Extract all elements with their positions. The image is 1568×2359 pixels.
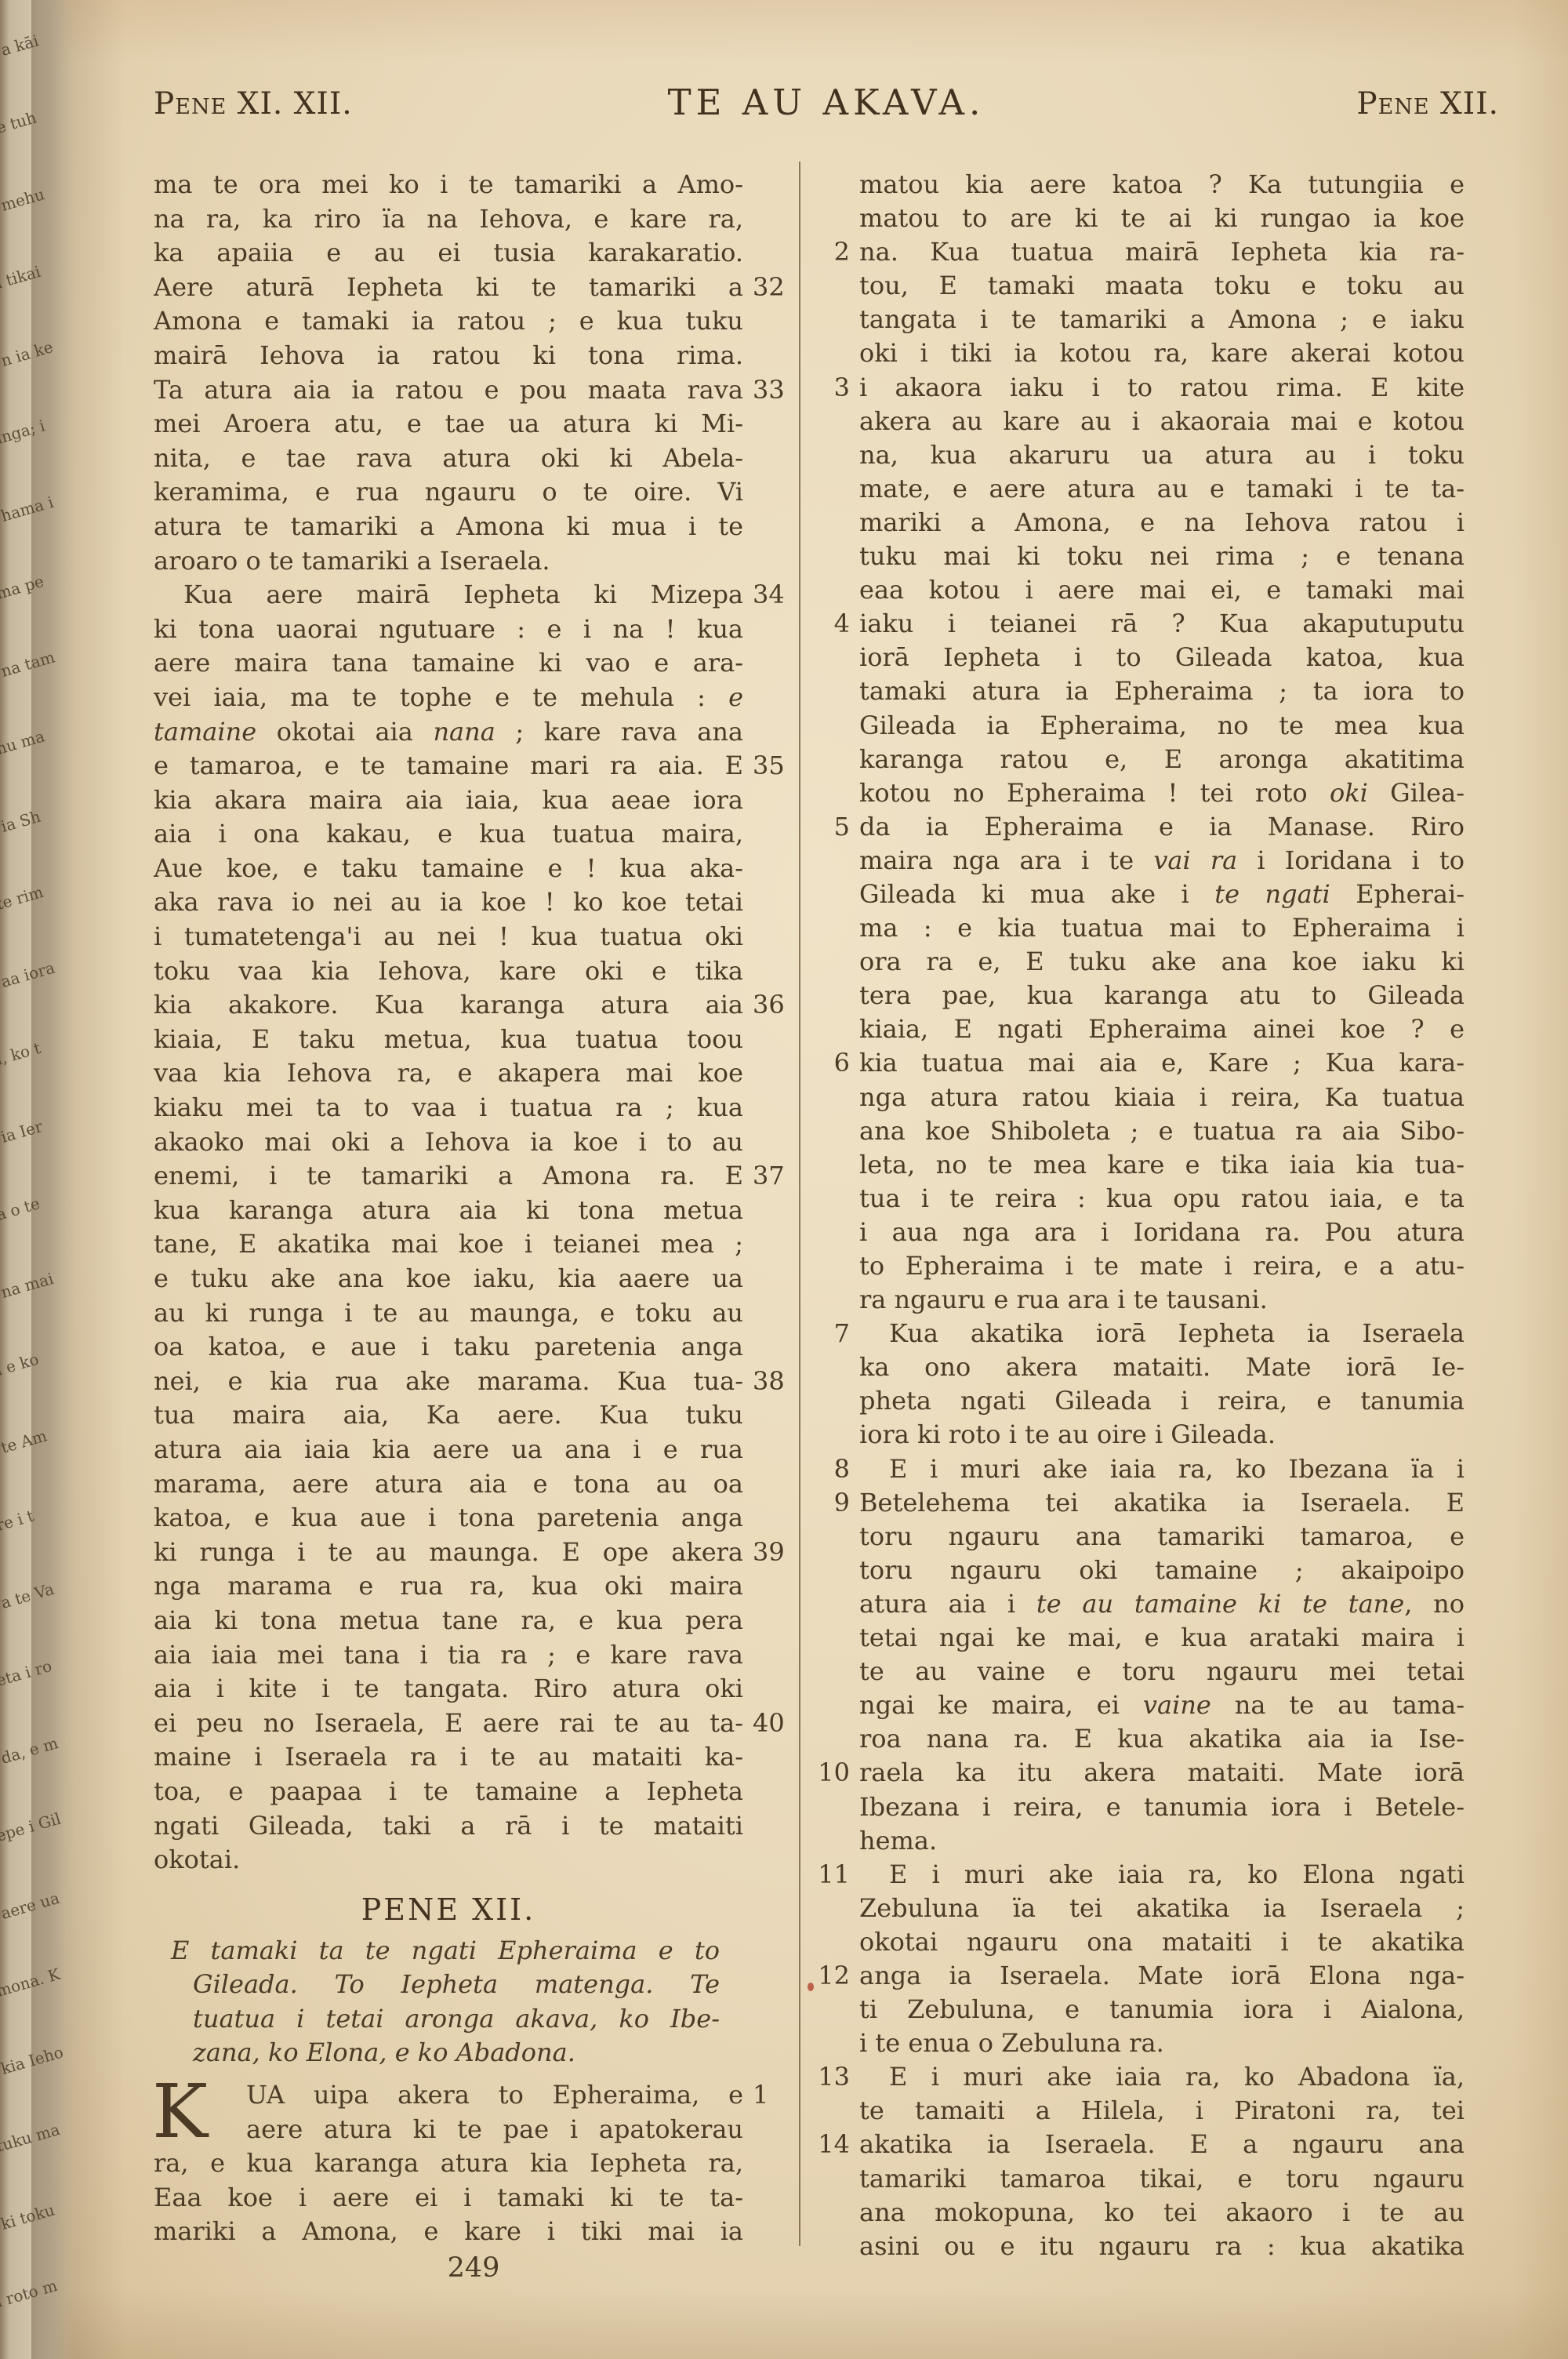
line-text: E i muri ake iaia ra, ko Ibezana ïa i	[859, 1452, 1465, 1486]
line-text: na ra, ka riro ïa na Iehova, e kare ra,	[154, 202, 743, 237]
text-line: ora ra e, E tuku ake ana koe iaku ki	[817, 945, 1468, 979]
line-text: kotou no Epheraima ! tei roto oki Gilea-	[859, 776, 1465, 810]
text-line: 32Aere aturā Iepheta ki te tamariki a	[154, 271, 793, 305]
text-line: zana, ko Elona, e ko Abadona.	[154, 2036, 793, 2070]
verse-number: 5	[817, 810, 850, 844]
text-line: asini ou e itu ngauru ra : kua akatika	[817, 2230, 1468, 2263]
line-text: ka apaiia e au ei tusia karakaratio.	[154, 236, 743, 271]
text-line: kiaku mei ta to vaa i tuatua ra ; kua	[154, 1091, 793, 1125]
line-text: nga atura ratou kiaia i reira, Ka tuatua	[859, 1081, 1465, 1114]
text-line: nita, e tae rava atura oki ki Abela-	[154, 442, 793, 476]
text-line: marama, aere atura aia e tona au oa	[154, 1467, 793, 1502]
line-text: Aere aturā Iepheta ki te tamariki a	[154, 271, 743, 305]
line-text: ra, e kua karanga atura kia Iepheta ra,	[154, 2146, 743, 2181]
text-line: katoa, e kua aue i tona paretenia anga	[154, 1501, 793, 1536]
text-line: 1UA uipa akera to Epheraima, e	[154, 2078, 793, 2113]
line-text: tuatua i tetai aronga akava, ko Ibe-	[171, 2002, 720, 2037]
verse-number: 14	[817, 2128, 850, 2161]
text-line: 4iaku i teianei rā ? Kua akaputuputu	[817, 607, 1468, 641]
line-text: UA uipa akera to Epheraima, e	[154, 2078, 743, 2113]
chapter-heading: PENE XII.	[154, 1892, 743, 1928]
text-line: 14akatika ia Iseraela. E a ngauru ana	[817, 2128, 1468, 2161]
line-text: tamariki tamaroa tikai, e toru ngauru	[859, 2162, 1465, 2196]
line-text: tou, E tamaki maata toku e toku au	[859, 269, 1465, 303]
text-line: i tumatetenga'i au nei ! kua tuatua oki	[154, 920, 793, 954]
text-line: matou kia aere katoa ? Ka tutungiia e	[817, 168, 1468, 202]
verse-number: 12	[817, 1959, 850, 1993]
text-line: akaoko mai oki a Iehova ia koe i to au	[154, 1125, 793, 1160]
text-line: toru ngauru ana tamariki tamaroa, e	[817, 1520, 1468, 1554]
text-line: 36kia akakore. Kua karanga atura aia	[154, 988, 793, 1023]
line-text: vaa kia Iehova ra, e akapera mai koe	[154, 1056, 743, 1091]
line-text: marama, aere atura aia e tona au oa	[154, 1467, 743, 1502]
line-text: maine i Iseraela ra i te au mataiti ka-	[154, 1740, 743, 1775]
page-number: 249	[154, 2252, 793, 2284]
line-text: raela ka itu akera mataiti. Mate iorā	[859, 1756, 1465, 1790]
text-line: hema.	[817, 1824, 1468, 1858]
text-line: Aue koe, e taku tamaine e ! kua aka-	[154, 852, 793, 886]
line-text: ki tona uaorai ngutuare : e i na ! kua	[154, 612, 743, 647]
line-text: i tumatetenga'i au nei ! kua tuatua oki	[154, 920, 743, 954]
text-line: kiaia, E ngati Epheraima ainei koe ? e	[817, 1012, 1468, 1046]
line-text: asini ou e itu ngauru ra : kua akatika	[859, 2230, 1465, 2263]
text-line: ngati Gileada, taki a rā i te mataiti	[154, 1809, 793, 1844]
text-line: oa katoa, e aue i taku paretenia anga	[154, 1330, 793, 1365]
line-text: toru ngauru oki tamaine ; akaipoipo	[859, 1554, 1465, 1587]
text-line: atura te tamariki a Amona ki mua i te	[154, 510, 793, 544]
line-text: eaa kotou i aere mai ei, e tamaki mai	[859, 573, 1465, 607]
line-text: e tuku ake ana koe iaku, kia aaere ua	[154, 1262, 743, 1296]
verse-number: 40	[753, 1707, 785, 1741]
verse-number: 38	[753, 1365, 785, 1399]
line-text: to Epheraima i te mate i reira, e a atu-	[859, 1249, 1465, 1283]
text-line: 12anga ia Iseraela. Mate iorā Elona nga-	[817, 1959, 1468, 1993]
text-line: kua karanga atura aia ki tona metua	[154, 1194, 793, 1228]
line-text: i akaora iaku i to ratou rima. E kite	[859, 371, 1465, 405]
text-line: Eaa koe i aere ei i tamaki ki te ta-	[154, 2181, 793, 2215]
text-line: maira nga ara i te vai ra i Ioridana i t…	[817, 844, 1468, 878]
text-line: 39ki runga i te au maunga. E ope akera	[154, 1536, 793, 1570]
text-line: 2na. Kua tuatua mairā Iepheta kia ra-	[817, 235, 1468, 269]
line-text: ngai ke maira, ei vaine na te au tama-	[859, 1688, 1465, 1722]
line-text: ra ngauru e rua ara i te tausani.	[859, 1283, 1465, 1317]
line-text: tamaine okotai aia nana ; kare rava ana	[154, 715, 743, 750]
line-text: e tamaroa, e te tamaine mari ra aia. E	[154, 749, 743, 783]
line-text: tane, E akatika mai koe i teianei mea ;	[154, 1227, 743, 1262]
text-line: 34Kua aere mairā Iepheta ki Mizepa	[154, 578, 793, 612]
verse-number: 39	[753, 1536, 785, 1570]
line-text: atura aia iaia kia aere ua ana i e rua	[154, 1433, 743, 1467]
chapter-opening: K 1UA uipa akera to Epheraima, eaere atu…	[154, 2078, 793, 2249]
line-text: ora ra e, E tuku ake ana koe iaku ki	[859, 945, 1465, 979]
text-line: na ra, ka riro ïa na Iehova, e kare ra,	[154, 202, 793, 237]
text-line: te au vaine e toru ngauru mei tetai	[817, 1655, 1468, 1688]
text-line: toru ngauru oki tamaine ; akaipoipo	[817, 1554, 1468, 1587]
text-line: ti Zebuluna, e tanumia iora i Aialona,	[817, 1993, 1468, 2026]
text-line: tera pae, kua karanga atu to Gileada	[817, 979, 1468, 1012]
verse-number: 9	[817, 1486, 850, 1520]
text-line: 37enemi, i te tamariki a Amona ra. E	[154, 1159, 793, 1194]
verse-number: 1	[753, 2078, 768, 2113]
line-text: Aue koe, e taku tamaine e ! kua aka-	[154, 852, 743, 886]
verse-number: 2	[817, 235, 850, 269]
line-text: okotai.	[154, 1843, 743, 1877]
text-line: ngai ke maira, ei vaine na te au tama-	[817, 1688, 1468, 1722]
line-text: vei iaia, ma te tophe e te mehula : e	[154, 681, 743, 715]
line-text: mariki a Amona, e kare i tiki mai ia	[154, 2215, 743, 2249]
text-line: Gileada. To Iepheta matenga. Te	[154, 1968, 793, 2002]
line-text: E i muri ake iaia ra, ko Elona ngati	[859, 1858, 1465, 1892]
book-page-scan: a kāie tuhmehui tikain ia keinga; ihama …	[0, 0, 1568, 2359]
verse-number: 10	[817, 1756, 850, 1790]
text-line: 35e tamaroa, e te tamaine mari ra aia. E	[154, 749, 793, 783]
text-line: 5da ia Epheraima e ia Manase. Riro	[817, 810, 1468, 844]
text-line: toku vaa kia Iehova, kare oki e tika	[154, 954, 793, 989]
right-column: matou kia aere katoa ? Ka tutungiia emat…	[817, 168, 1468, 2263]
text-line: tou, E tamaki maata toku e toku au	[817, 269, 1468, 303]
text-line: to Epheraima i te mate i reira, e a atu-	[817, 1249, 1468, 1283]
text-line: keramima, e rua ngauru o te oire. Vi	[154, 475, 793, 510]
text-line: tamaine okotai aia nana ; kare rava ana	[154, 715, 793, 750]
line-text: akatika ia Iseraela. E a ngauru ana	[859, 2128, 1465, 2161]
line-text: E i muri ake iaia ra, ko Abadona ïa,	[859, 2060, 1465, 2094]
verse-number: 35	[753, 749, 785, 783]
line-text: aia i ona kakau, e kua tuatua maira,	[154, 817, 743, 852]
line-text: i aua nga ara i Ioridana ra. Pou atura	[859, 1216, 1465, 1249]
line-text: matou kia aere katoa ? Ka tutungiia e	[859, 168, 1465, 202]
line-text: kia tuatua mai aia e, Kare ; Kua kara-	[859, 1046, 1465, 1080]
line-text: aka rava io nei au ia koe ! ko koe tetai	[154, 885, 743, 920]
text-line: 38nei, e kia rua ake marama. Kua tua-	[154, 1365, 793, 1399]
text-line: 6kia tuatua mai aia e, Kare ; Kua kara-	[817, 1046, 1468, 1080]
line-text: akaoko mai oki a Iehova ia koe i to au	[154, 1125, 743, 1160]
line-text: Amona e tamaki ia ratou ; e kua tuku	[154, 304, 743, 339]
line-text: aia ki tona metua tane ra, e kua pera	[154, 1604, 743, 1638]
text-line: ana koe Shiboleta ; e tuatua ra aia Sibo…	[817, 1114, 1468, 1148]
text-line: akera au kare au i akaoraia mai e kotou	[817, 405, 1468, 438]
line-text: Eaa koe i aere ei i tamaki ki te ta-	[154, 2181, 743, 2215]
line-text: nei, e kia rua ake marama. Kua tua-	[154, 1365, 743, 1399]
verse-number: 11	[817, 1858, 850, 1892]
line-text: ma : e kia tuatua mai to Epheraima i	[859, 911, 1465, 945]
line-text: na. Kua tuatua mairā Iepheta kia ra-	[859, 235, 1465, 269]
line-text: karanga ratou e, E aronga akatitima	[859, 743, 1465, 776]
line-text: aia iaia mei tana i tia ra ; e kare rava	[154, 1638, 743, 1673]
text-line: aia i kite i te tangata. Riro atura oki	[154, 1672, 793, 1707]
line-text: i te enua o Zebuluna ra.	[859, 2026, 1465, 2060]
text-line: vei iaia, ma te tophe e te mehula : e	[154, 681, 793, 715]
line-text: Ibezana i reira, e tanumia iora i Betele…	[859, 1790, 1465, 1824]
line-text: zana, ko Elona, e ko Abadona.	[171, 2036, 720, 2070]
line-text: da ia Epheraima e ia Manase. Riro	[859, 810, 1465, 844]
line-text: kiaia, E taku metua, kua tuatua toou	[154, 1023, 743, 1057]
line-text: ana mokopuna, ko tei akaoro i te au	[859, 2196, 1465, 2230]
line-text: keramima, e rua ngauru o te oire. Vi	[154, 475, 743, 510]
line-text: anga ia Iseraela. Mate iorā Elona nga-	[859, 1959, 1465, 1993]
text-line: na, kua akaruru ua atura au i toku	[817, 438, 1468, 472]
line-text: kiaia, E ngati Epheraima ainei koe ? e	[859, 1012, 1465, 1046]
text-line: aia i ona kakau, e kua tuatua maira,	[154, 817, 793, 852]
line-text: ki runga i te au maunga. E ope akera	[154, 1536, 743, 1570]
text-line: aia iaia mei tana i tia ra ; e kare rava	[154, 1638, 793, 1673]
text-line: ki tona uaorai ngutuare : e i na ! kua	[154, 612, 793, 647]
text-line: karanga ratou e, E aronga akatitima	[817, 743, 1468, 776]
text-line: nga marama e rua ra, kua oki maira	[154, 1569, 793, 1604]
text-line: atura aia iaia kia aere ua ana i e rua	[154, 1433, 793, 1467]
text-line: tetai ngai ke mai, e kua arataki maira i	[817, 1621, 1468, 1655]
text-line: 40ei peu no Iseraela, E aere rai te au t…	[154, 1707, 793, 1741]
text-line: tamariki tamaroa tikai, e toru ngauru	[817, 2162, 1468, 2196]
text-line: 11E i muri ake iaia ra, ko Elona ngati	[817, 1858, 1468, 1892]
text-line: vaa kia Iehova ra, e akapera mai koe	[154, 1056, 793, 1091]
text-line: leta, no te mea kare e tika iaia kia tua…	[817, 1148, 1468, 1182]
line-text: mei Aroera atu, e tae ua atura ki Mi-	[154, 407, 743, 442]
line-text: Betelehema tei akatika ia Iseraela. E	[859, 1486, 1465, 1520]
text-line: kia akara maira aia iaia, kua aeae iora	[154, 783, 793, 818]
text-line: i te enua o Zebuluna ra.	[817, 2026, 1468, 2060]
text-line: mariki a Amona, e na Iehova ratou i	[817, 506, 1468, 540]
text-line: 13E i muri ake iaia ra, ko Abadona ïa,	[817, 2060, 1468, 2094]
text-line: Ibezana i reira, e tanumia iora i Betele…	[817, 1790, 1468, 1824]
text-line: mairā Iehova ia ratou ki tona rima.	[154, 339, 793, 373]
verse-number: 4	[817, 607, 850, 641]
text-line: aere maira tana tamaine ki vao e ara-	[154, 646, 793, 681]
line-text: roa nana ra. E kua akatika aia ia Ise-	[859, 1722, 1465, 1756]
line-text: ngati Gileada, taki a rā i te mataiti	[154, 1809, 743, 1844]
text-line: tua maira aia, Ka aere. Kua tuku	[154, 1398, 793, 1433]
text-line: ra, e kua karanga atura kia Iepheta ra,	[154, 2146, 793, 2181]
text-line: atura aia i te au tamaine ki te tane, no	[817, 1587, 1468, 1621]
line-text: te au vaine e toru ngauru mei tetai	[859, 1655, 1465, 1688]
verse-number: 36	[753, 988, 785, 1023]
line-text: matou to are ki te ai ki rungao ia koe	[859, 202, 1465, 235]
text-line: 7Kua akatika iorā Iepheta ia Iseraela	[817, 1317, 1468, 1350]
text-line: ma : e kia tuatua mai to Epheraima i	[817, 911, 1468, 945]
line-text: ka ono akera mataiti. Mate iorā Ie-	[859, 1350, 1465, 1384]
text-line: au ki runga i te au maunga, e toku au	[154, 1296, 793, 1331]
verse-number: 34	[753, 578, 785, 612]
line-text: iora ki roto i te au oire i Gileada.	[859, 1418, 1465, 1452]
line-text: atura aia i te au tamaine ki te tane, no	[859, 1587, 1465, 1621]
line-text: aroaro o te tamariki a Iseraela.	[154, 544, 743, 579]
line-text: au ki runga i te au maunga, e toku au	[154, 1296, 743, 1331]
text-line: tuatua i tetai aronga akava, ko Ibe-	[154, 2002, 793, 2037]
verse-number: 37	[753, 1159, 785, 1194]
text-line: mariki a Amona, e kare i tiki mai ia	[154, 2215, 793, 2249]
line-text: ma te ora mei ko i te tamariki a Amo-	[154, 168, 743, 202]
verse-number: 8	[817, 1452, 850, 1486]
text-line: Zebuluna ïa tei akatika ia Iseraela ;	[817, 1892, 1468, 1925]
text-line: pheta ngati Gileada i reira, e tanumia	[817, 1384, 1468, 1418]
text-line: ka ono akera mataiti. Mate iorā Ie-	[817, 1350, 1468, 1384]
line-text: te tamaiti a Hilela, i Piratoni ra, tei	[859, 2094, 1465, 2128]
text-line: Gileada ki mua ake i te ngati Epherai-	[817, 878, 1468, 911]
running-head-right: Pene XII.	[1356, 86, 1499, 122]
text-line: i aua nga ara i Ioridana ra. Pou atura	[817, 1216, 1468, 1249]
line-text: toru ngauru ana tamariki tamaroa, e	[859, 1520, 1465, 1554]
verse-number: 3	[817, 371, 850, 405]
line-text: tangata i te tamariki a Amona ; e iaku	[859, 303, 1465, 336]
text-line: 33Ta atura aia ia ratou e pou maata rava	[154, 373, 793, 408]
line-text: E tamaki ta te ngati Epheraima e to	[171, 1934, 720, 1968]
text-line: e tuku ake ana koe iaku, kia aaere ua	[154, 1262, 793, 1296]
line-text: oa katoa, e aue i taku paretenia anga	[154, 1330, 743, 1365]
gutter-shadow	[31, 0, 125, 2359]
text-line: 9Betelehema tei akatika ia Iseraela. E	[817, 1486, 1468, 1520]
text-line: tangata i te tamariki a Amona ; e iaku	[817, 303, 1468, 336]
line-text: toku vaa kia Iehova, kare oki e tika	[154, 954, 743, 989]
text-line: kotou no Epheraima ! tei roto oki Gilea-	[817, 776, 1468, 810]
text-line: ma te ora mei ko i te tamariki a Amo-	[154, 168, 793, 202]
text-line: mate, e aere atura au e tamaki i te ta-	[817, 472, 1468, 506]
line-text: Ta atura aia ia ratou e pou maata rava	[154, 373, 743, 408]
line-text: Gileada. To Iepheta matenga. Te	[171, 1968, 720, 2002]
text-line: 10raela ka itu akera mataiti. Mate iorā	[817, 1756, 1468, 1790]
line-text: ei peu no Iseraela, E aere rai te au ta-	[154, 1707, 743, 1741]
verse-number: 33	[753, 373, 785, 408]
line-text: aere maira tana tamaine ki vao e ara-	[154, 646, 743, 681]
text-line: okotai.	[154, 1843, 793, 1877]
line-text: Kua aere mairā Iepheta ki Mizepa	[154, 578, 743, 612]
line-text: kiaku mei ta to vaa i tuatua ra ; kua	[154, 1091, 743, 1125]
text-line: tane, E akatika mai koe i teianei mea ;	[154, 1227, 793, 1262]
line-text: tera pae, kua karanga atu to Gileada	[859, 979, 1465, 1012]
text-line: kiaia, E taku metua, kua tuatua toou	[154, 1023, 793, 1057]
line-text: na, kua akaruru ua atura au i toku	[859, 438, 1465, 472]
text-line: aere atura ki te pae i apatokerau	[154, 2113, 793, 2147]
text-line: E tamaki ta te ngati Epheraima e to	[154, 1934, 793, 1968]
text-line: iora ki roto i te au oire i Gileada.	[817, 1418, 1468, 1452]
book-title: TE AU AKAVA.	[154, 82, 1499, 123]
text-line: mei Aroera atu, e tae ua atura ki Mi-	[154, 407, 793, 442]
text-line: aroaro o te tamariki a Iseraela.	[154, 544, 793, 579]
text-line: Amona e tamaki ia ratou ; e kua tuku	[154, 304, 793, 339]
line-text: tua i te reira : kua opu ratou iaia, e t…	[859, 1182, 1465, 1216]
line-text: pheta ngati Gileada i reira, e tanumia	[859, 1384, 1465, 1418]
right-column-body: matou kia aere katoa ? Ka tutungiia emat…	[817, 168, 1468, 2263]
line-text: akera au kare au i akaoraia mai e kotou	[859, 405, 1465, 438]
column-divider-rule	[799, 162, 800, 2246]
verse-number: 13	[817, 2060, 850, 2094]
line-text: mariki a Amona, e na Iehova ratou i	[859, 506, 1465, 540]
chapter-summary: E tamaki ta te ngati Epheraima e toGilea…	[154, 1934, 793, 2070]
text-line: 3i akaora iaku i to ratou rima. E kite	[817, 371, 1468, 405]
left-column: ma te ora mei ko i te tamariki a Amo-na …	[154, 168, 793, 2249]
text-line: aia ki tona metua tane ra, e kua pera	[154, 1604, 793, 1638]
line-text: mairā Iehova ia ratou ki tona rima.	[154, 339, 743, 373]
text-line: tuku mai ki toku nei rima ; e tenana	[817, 540, 1468, 573]
line-text: ana koe Shiboleta ; e tuatua ra aia Sibo…	[859, 1114, 1465, 1148]
line-text: leta, no te mea kare e tika iaia kia tua…	[859, 1148, 1465, 1182]
text-line: aka rava io nei au ia koe ! ko koe tetai	[154, 885, 793, 920]
text-line: roa nana ra. E kua akatika aia ia Ise-	[817, 1722, 1468, 1756]
line-text: maira nga ara i te vai ra i Ioridana i t…	[859, 844, 1465, 878]
text-line: 8E i muri ake iaia ra, ko Ibezana ïa i	[817, 1452, 1468, 1486]
line-text: nita, e tae rava atura oki ki Abela-	[154, 442, 743, 476]
line-text: atura te tamariki a Amona ki mua i te	[154, 510, 743, 544]
text-line: nga atura ratou kiaia i reira, Ka tuatua	[817, 1081, 1468, 1114]
line-text: tetai ngai ke mai, e kua arataki maira i	[859, 1621, 1465, 1655]
text-line: ka apaiia e au ei tusia karakaratio.	[154, 236, 793, 271]
text-line: Gileada ia Epheraima, no te mea kua	[817, 709, 1468, 743]
line-text: tua maira aia, Ka aere. Kua tuku	[154, 1398, 743, 1433]
line-text: iaku i teianei rā ? Kua akaputuputu	[859, 607, 1465, 641]
line-text: oki i tiki ia kotou ra, kare akerai koto…	[859, 336, 1465, 370]
text-line: tua i te reira : kua opu ratou iaia, e t…	[817, 1182, 1468, 1216]
text-line: okotai ngauru ona mataiti i te akatika	[817, 1925, 1468, 1959]
verse-number: 32	[753, 271, 785, 305]
line-text: Zebuluna ïa tei akatika ia Iseraela ;	[859, 1892, 1465, 1925]
verse-number: 7	[817, 1317, 850, 1350]
text-line: matou to are ki te ai ki rungao ia koe	[817, 202, 1468, 235]
line-text: tuku mai ki toku nei rima ; e tenana	[859, 540, 1465, 573]
red-ink-speck	[808, 1983, 814, 1991]
line-text: ti Zebuluna, e tanumia iora i Aialona,	[859, 1993, 1465, 2026]
line-text: aia i kite i te tangata. Riro atura oki	[154, 1672, 743, 1707]
text-line: iorā Iepheta i to Gileada katoa, kua	[817, 641, 1468, 674]
text-line: ra ngauru e rua ara i te tausani.	[817, 1283, 1468, 1317]
text-line: toa, e paapaa i te tamaine a Iepheta	[154, 1775, 793, 1809]
line-text: mate, e aere atura au e tamaki i te ta-	[859, 472, 1465, 506]
line-text: kia akakore. Kua karanga atura aia	[154, 988, 743, 1023]
line-text: Kua akatika iorā Iepheta ia Iseraela	[859, 1317, 1465, 1350]
text-line: maine i Iseraela ra i te au mataiti ka-	[154, 1740, 793, 1775]
text-line: tamaki atura ia Epheraima ; ta iora to	[817, 674, 1468, 708]
line-text: toa, e paapaa i te tamaine a Iepheta	[154, 1775, 743, 1809]
line-text: okotai ngauru ona mataiti i te akatika	[859, 1925, 1465, 1959]
text-line: oki i tiki ia kotou ra, kare akerai koto…	[817, 336, 1468, 370]
text-line: te tamaiti a Hilela, i Piratoni ra, tei	[817, 2094, 1468, 2128]
line-text: kua karanga atura aia ki tona metua	[154, 1194, 743, 1228]
line-text: katoa, e kua aue i tona paretenia anga	[154, 1501, 743, 1536]
line-text: Gileada ki mua ake i te ngati Epherai-	[859, 878, 1465, 911]
text-line: ana mokopuna, ko tei akaoro i te au	[817, 2196, 1468, 2230]
line-text: Gileada ia Epheraima, no te mea kua	[859, 709, 1465, 743]
line-text: kia akara maira aia iaia, kua aeae iora	[154, 783, 743, 818]
line-text: tamaki atura ia Epheraima ; ta iora to	[859, 674, 1465, 708]
verse-number: 6	[817, 1046, 850, 1080]
text-line: eaa kotou i aere mai ei, e tamaki mai	[817, 573, 1468, 607]
line-text: enemi, i te tamariki a Amona ra. E	[154, 1159, 743, 1194]
left-column-body: ma te ora mei ko i te tamariki a Amo-na …	[154, 168, 793, 1877]
line-text: hema.	[859, 1824, 1465, 1858]
line-text: nga marama e rua ra, kua oki maira	[154, 1569, 743, 1604]
line-text: iorā Iepheta i to Gileada katoa, kua	[859, 641, 1465, 674]
line-text: aere atura ki te pae i apatokerau	[154, 2113, 743, 2147]
